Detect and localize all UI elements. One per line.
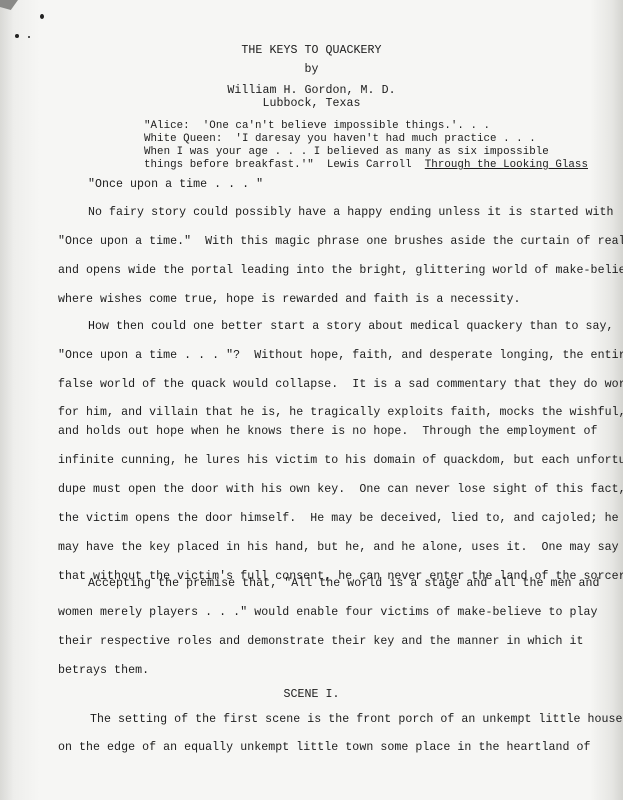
epigraph-line: When I was your age . . . I believed as …	[144, 146, 549, 158]
author-name: William H. Gordon, M. D.	[0, 84, 623, 98]
section-heading: SCENE I.	[0, 688, 623, 702]
paragraph-line: on the edge of an equally unkempt little…	[58, 741, 591, 755]
paragraph-line: dupe must open the door with his own key…	[58, 483, 623, 497]
document-title: THE KEYS TO QUACKERY	[0, 44, 623, 58]
paragraph-line: "Once upon a time." With this magic phra…	[58, 235, 623, 249]
byline: by	[0, 63, 623, 77]
ink-speck	[28, 36, 30, 38]
paragraph-line: false world of the quack would collapse.…	[58, 378, 623, 392]
paragraph-line: No fairy story could possibly have a hap…	[88, 206, 614, 220]
paragraph-line: The setting of the first scene is the fr…	[90, 713, 623, 727]
paragraph-line: women merely players . . ." would enable…	[58, 606, 598, 620]
ink-speck	[40, 14, 44, 19]
author-location: Lubbock, Texas	[0, 97, 623, 111]
paragraph-line: the victim opens the door himself. He ma…	[58, 512, 619, 526]
paragraph-line: and opens wide the portal leading into t…	[58, 264, 623, 278]
page-corner-mark	[0, 0, 18, 10]
paragraph-line: Accepting the premise that, "All the wor…	[88, 577, 600, 591]
paragraph-line: infinite cunning, he lures his victim to…	[58, 454, 623, 468]
paragraph-line: and holds out hope when he knows there i…	[58, 425, 598, 439]
epigraph-line: "Alice: 'One ca'n't believe impossible t…	[144, 120, 490, 132]
epigraph-source-title: Through the Looking Glass	[425, 159, 588, 171]
paragraph-line: may have the key placed in his hand, but…	[58, 541, 619, 555]
paragraph-line: for him, and villain that he is, he trag…	[58, 406, 623, 420]
opening-line: "Once upon a time . . . "	[88, 178, 263, 192]
paragraph-line: betrays them.	[58, 664, 149, 678]
paragraph-line: where wishes come true, hope is rewarded…	[58, 293, 521, 307]
scanned-page: THE KEYS TO QUACKERY by William H. Gordo…	[0, 0, 623, 800]
epigraph-line: things before breakfast.'" Lewis Carroll…	[144, 159, 588, 171]
paragraph-line: How then could one better start a story …	[88, 320, 614, 334]
epigraph-attribution: things before breakfast.'" Lewis Carroll	[144, 159, 425, 171]
paragraph-line: their respective roles and demonstrate t…	[58, 635, 584, 649]
ink-speck	[15, 34, 19, 38]
epigraph-line: White Queen: 'I daresay you haven't had …	[144, 133, 536, 145]
paragraph-line: "Once upon a time . . . "? Without hope,…	[58, 349, 623, 363]
